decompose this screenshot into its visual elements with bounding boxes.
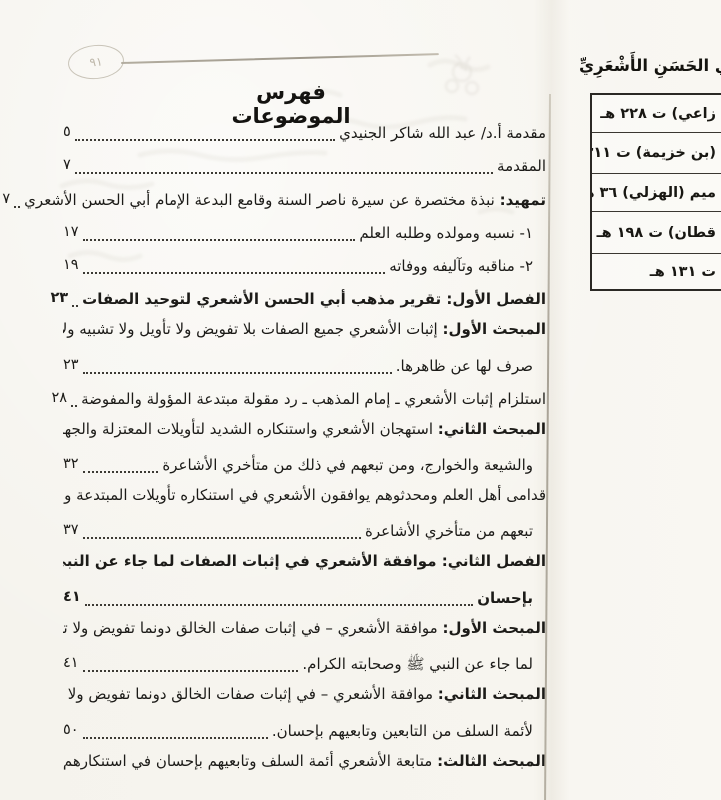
- page-number: ١٧: [0, 184, 10, 215]
- dot-leader: [83, 536, 361, 539]
- toc-entry-text: المبحث الأول: موافقة الأشعري – في إثبات …: [63, 619, 546, 637]
- dot-leader: [72, 304, 78, 307]
- toc-entry-text: تمهيد: نبذة مختصرة عن سيرة ناصر السنة وق…: [24, 185, 546, 215]
- page-number: ٥٠: [63, 715, 79, 746]
- dot-leader: [75, 138, 335, 141]
- toc-entry-text: لما جاء عن النبي ﷺ وصحابته الكرام.: [302, 649, 533, 679]
- dot-leader: [83, 371, 392, 374]
- toc-entry-text: استلزام إثبات الأشعري ـ إمام المذهب ـ رد…: [81, 384, 546, 414]
- toc-entry: ٢- مناقبه وتآليفه ووفاته١٩: [63, 248, 546, 281]
- toc-entry-text: الفصل الثاني: موافقة الأشعري في إثبات ال…: [63, 552, 546, 570]
- toc-entry-text: ١- نسبه ومولده وطلبه العلم: [359, 218, 533, 248]
- toc-entry-text: المبحث الثالث: متابعة الأشعري أئمة السلف…: [63, 752, 546, 770]
- toc-entry: صرف لها عن ظاهرها.٢٣: [63, 347, 546, 380]
- toc-entry: لأئمة السلف من التابعين وتابعيهم بإحسان.…: [63, 712, 546, 745]
- toc-entry: المبحث الثاني: استهجان الأشعري واستنكاره…: [63, 414, 546, 447]
- dot-leader: [75, 171, 493, 174]
- toc-entry-text: المبحث الثاني: موافقة الأشعري – في إثبات…: [63, 685, 546, 703]
- folio-number: ٩١: [89, 54, 103, 69]
- table-row: ت ١٣١ هـ: [592, 254, 721, 289]
- toc-entry-text: تبعهم من متأخري الأشاعرة: [365, 516, 533, 546]
- dot-leader: [71, 404, 77, 407]
- page-number: ١٧: [63, 217, 79, 248]
- toc-entry: المبحث الثاني: موافقة الأشعري – في إثبات…: [63, 679, 546, 712]
- toc-entry: المبحث الأول: إثبات الأشعري جميع الصفات …: [63, 314, 546, 347]
- toc-entry: المبحث الأول: موافقة الأشعري – في إثبات …: [63, 613, 546, 646]
- toc-list: مقدمة أ.د/ عبد الله شاكر الجنيدي٥المقدمة…: [63, 115, 546, 779]
- page-number: ٧: [63, 150, 71, 181]
- toc-entry: تمهيد: نبذة مختصرة عن سيرة ناصر السنة وق…: [63, 181, 546, 214]
- page-number: ٢٨: [51, 383, 67, 414]
- table-row: ميم (الهزلي) ٣٦ هـ: [592, 174, 721, 212]
- table-row: (بن خزيمة) ت ٣١١ هـ: [592, 133, 721, 174]
- toc-entry: الفصل الثاني: موافقة الأشعري في إثبات ال…: [63, 546, 546, 579]
- dot-leader: [83, 669, 299, 672]
- toc-entry-text: المبحث الثاني: استهجان الأشعري واستنكاره…: [63, 420, 546, 438]
- dot-leader: [83, 470, 159, 473]
- toc-entry: ١- نسبه ومولده وطلبه العلم١٧: [63, 215, 546, 248]
- toc-entry-text: ٢- مناقبه وتآليفه ووفاته: [389, 251, 533, 281]
- page-number: ٢٣: [50, 283, 68, 314]
- toc-entry: استلزام إثبات الأشعري ـ إمام المذهب ـ رد…: [63, 381, 546, 414]
- toc-entry: مقدمة أ.د/ عبد الله شاكر الجنيدي٥: [63, 115, 546, 148]
- biography-table: زاعي) ت ٢٢٨ هـ(بن خزيمة) ت ٣١١ هـميم (ال…: [590, 93, 721, 291]
- page-number: ٥: [63, 117, 71, 148]
- toc-entry: الفصل الأول: تقرير مذهب أبي الحسن الأشعر…: [63, 281, 546, 314]
- toc-entry-text: صرف لها عن ظاهرها.: [396, 351, 533, 381]
- toc-entry-text: بإحسان: [477, 583, 533, 613]
- toc-entry: تبعهم من متأخري الأشاعرة٣٧: [63, 513, 546, 546]
- toc-entry-text: المبحث الأول: إثبات الأشعري جميع الصفات …: [63, 320, 546, 338]
- page-number: ٤١: [63, 582, 81, 613]
- toc-entry-text: لأئمة السلف من التابعين وتابعيهم بإحسان.: [272, 716, 533, 746]
- toc-entry: والشيعة والخوارج، ومن تبعهم في ذلك من مت…: [63, 447, 546, 480]
- toc-entry: المقدمة٧: [63, 148, 546, 181]
- toc-entry: قدامى أهل العلم ومحدثوهم يوافقون الأشعري…: [63, 480, 546, 513]
- toc-entry: المبحث الثالث: متابعة الأشعري أئمة السلف…: [63, 746, 546, 779]
- dot-leader: [85, 603, 474, 606]
- table-row: قطان) ت ١٩٨ هـ: [592, 212, 721, 254]
- page-number: ٢٣: [63, 350, 79, 381]
- toc-entry-text: قدامى أهل العلم ومحدثوهم يوافقون الأشعري…: [63, 486, 546, 504]
- page-number: ٣٧: [63, 515, 79, 546]
- toc-entry-text: الفصل الأول: تقرير مذهب أبي الحسن الأشعر…: [82, 284, 546, 314]
- toc-entry-text: مقدمة أ.د/ عبد الله شاكر الجنيدي: [339, 118, 546, 148]
- toc-entry: لما جاء عن النبي ﷺ وصحابته الكرام.٤١: [63, 646, 546, 679]
- page-number: ١٩: [63, 250, 79, 281]
- page-number: ٣٢: [63, 449, 79, 480]
- table-row: زاعي) ت ٢٢٨ هـ: [592, 95, 721, 133]
- facing-page-title: لُ اعْتِقَادِ أَبِي الحَسَنِ الأَشْعَرِي…: [579, 56, 721, 75]
- dot-leader: [83, 238, 356, 241]
- dot-leader: [83, 736, 268, 739]
- dot-leader: [14, 205, 20, 208]
- dot-leader: [83, 271, 386, 274]
- scanned-book-page: ٩١ فهرس الموضوعات مقدمة أ.د/ عبد الله شا…: [0, 0, 721, 800]
- page-number: ٤١: [63, 648, 79, 679]
- toc-entry-text: المقدمة: [497, 151, 546, 181]
- toc-entry: بإحسان٤١: [63, 580, 546, 613]
- toc-entry-text: والشيعة والخوارج، ومن تبعهم في ذلك من مت…: [162, 450, 533, 480]
